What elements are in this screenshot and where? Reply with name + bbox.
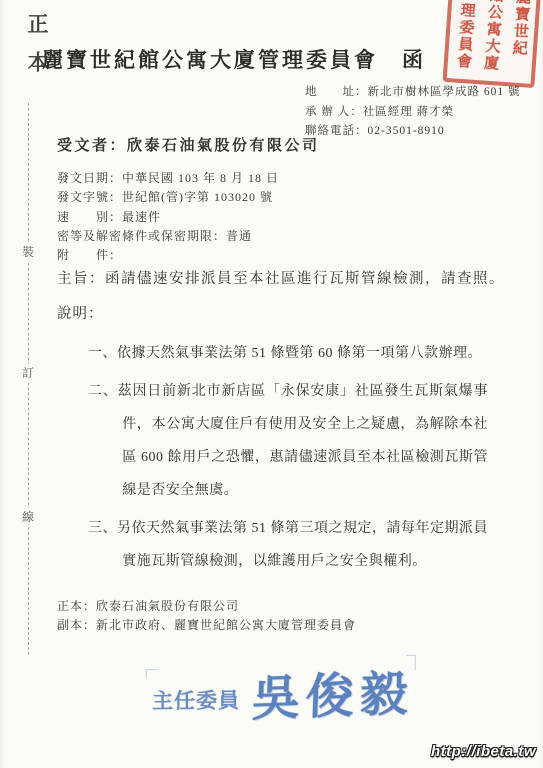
recipient-line: 受文者：欣泰石油氣股份有限公司 <box>57 134 320 155</box>
stamp-chairman-name: 吳俊毅 <box>251 655 415 730</box>
explanation-label: 說明： <box>57 302 104 323</box>
site-watermark: http://ibeta.tw <box>431 743 536 760</box>
subject-line: 主旨：函請儘速安排派員至本社區進行瓦斯管線檢測，請查照。 <box>57 267 505 288</box>
explanation-items: 一、依據天然氣事業法第 51 條暨第 60 條第一項第八款辦理。 二、茲因日前新… <box>88 337 488 583</box>
explanation-item-1: 一、依據天然氣事業法第 51 條暨第 60 條第一項第八款辦理。 <box>88 337 488 370</box>
distribution-original-line: 正本：欣泰石油氣股份有限公司 <box>57 597 356 616</box>
distribution-block: 正本：欣泰石油氣股份有限公司 副本：新北市政府、麗寶世紀館公寓大廈管理委員會 <box>57 597 356 635</box>
binding-mark-zhuang: 裝 <box>21 243 35 261</box>
stamp-title: 主任委員 <box>152 684 240 715</box>
contact-info-block: 地 址：新北市樹林區學成路 601 號 承 辦 人：社區經理 蔣才榮 聯絡電話：… <box>305 83 521 142</box>
document-title: 麗寶世紀館公寓大廈管理委員會 函 <box>0 44 468 74</box>
seal-column-2: 館公寓大廈 <box>482 0 503 72</box>
contact-handler-line: 承 辦 人：社區經理 蔣才榮 <box>305 103 521 123</box>
explanation-item-2: 二、茲因日前新北市新店區「永保安康」社區發生瓦斯氣爆事件，本公寓大廈住戶有使用及… <box>88 375 488 507</box>
meta-issue-date: 發文日期：中華民國 103 年 8 月 18 日 <box>57 169 279 188</box>
stamp-frame-mark-icon <box>146 669 157 678</box>
seal-column-3: 管理委員會 <box>455 0 476 71</box>
meta-classification: 密等及解密條件或保密期限：普通 <box>57 227 279 246</box>
document-page: 正本 麗寶世紀館公寓大廈管理委員會 函 麗寶世紀 館公寓大廈 管理委員會 地 址… <box>0 0 543 768</box>
explanation-item-3: 三、另依天然氣事業法第 51 條第三項之規定，請每年定期派員實施瓦斯管線檢測，以… <box>88 512 488 578</box>
distribution-copy-line: 副本：新北市政府、麗寶世紀館公寓大廈管理委員會 <box>57 616 356 635</box>
chairman-signature-stamp: 主任委員 吳俊毅 <box>152 657 415 728</box>
meta-attachments: 附 件： <box>57 246 279 265</box>
contact-phone-line: 聯絡電話：02-3501-8910 <box>305 122 521 142</box>
binding-mark-xian: 線 <box>21 508 35 526</box>
seal-column-1: 麗寶世紀 <box>510 0 530 57</box>
document-meta-block: 發文日期：中華民國 103 年 8 月 18 日 發文字號：世紀館(管)字第 1… <box>57 169 279 265</box>
organization-seal: 麗寶世紀 館公寓大廈 管理委員會 <box>442 0 541 88</box>
meta-priority: 速 別：最速件 <box>57 208 279 227</box>
binding-mark-ding: 訂 <box>21 364 35 382</box>
contact-address-line: 地 址：新北市樹林區學成路 601 號 <box>305 83 521 103</box>
meta-reference-number: 發文字號：世紀館(管)字第 103020 號 <box>57 188 279 207</box>
